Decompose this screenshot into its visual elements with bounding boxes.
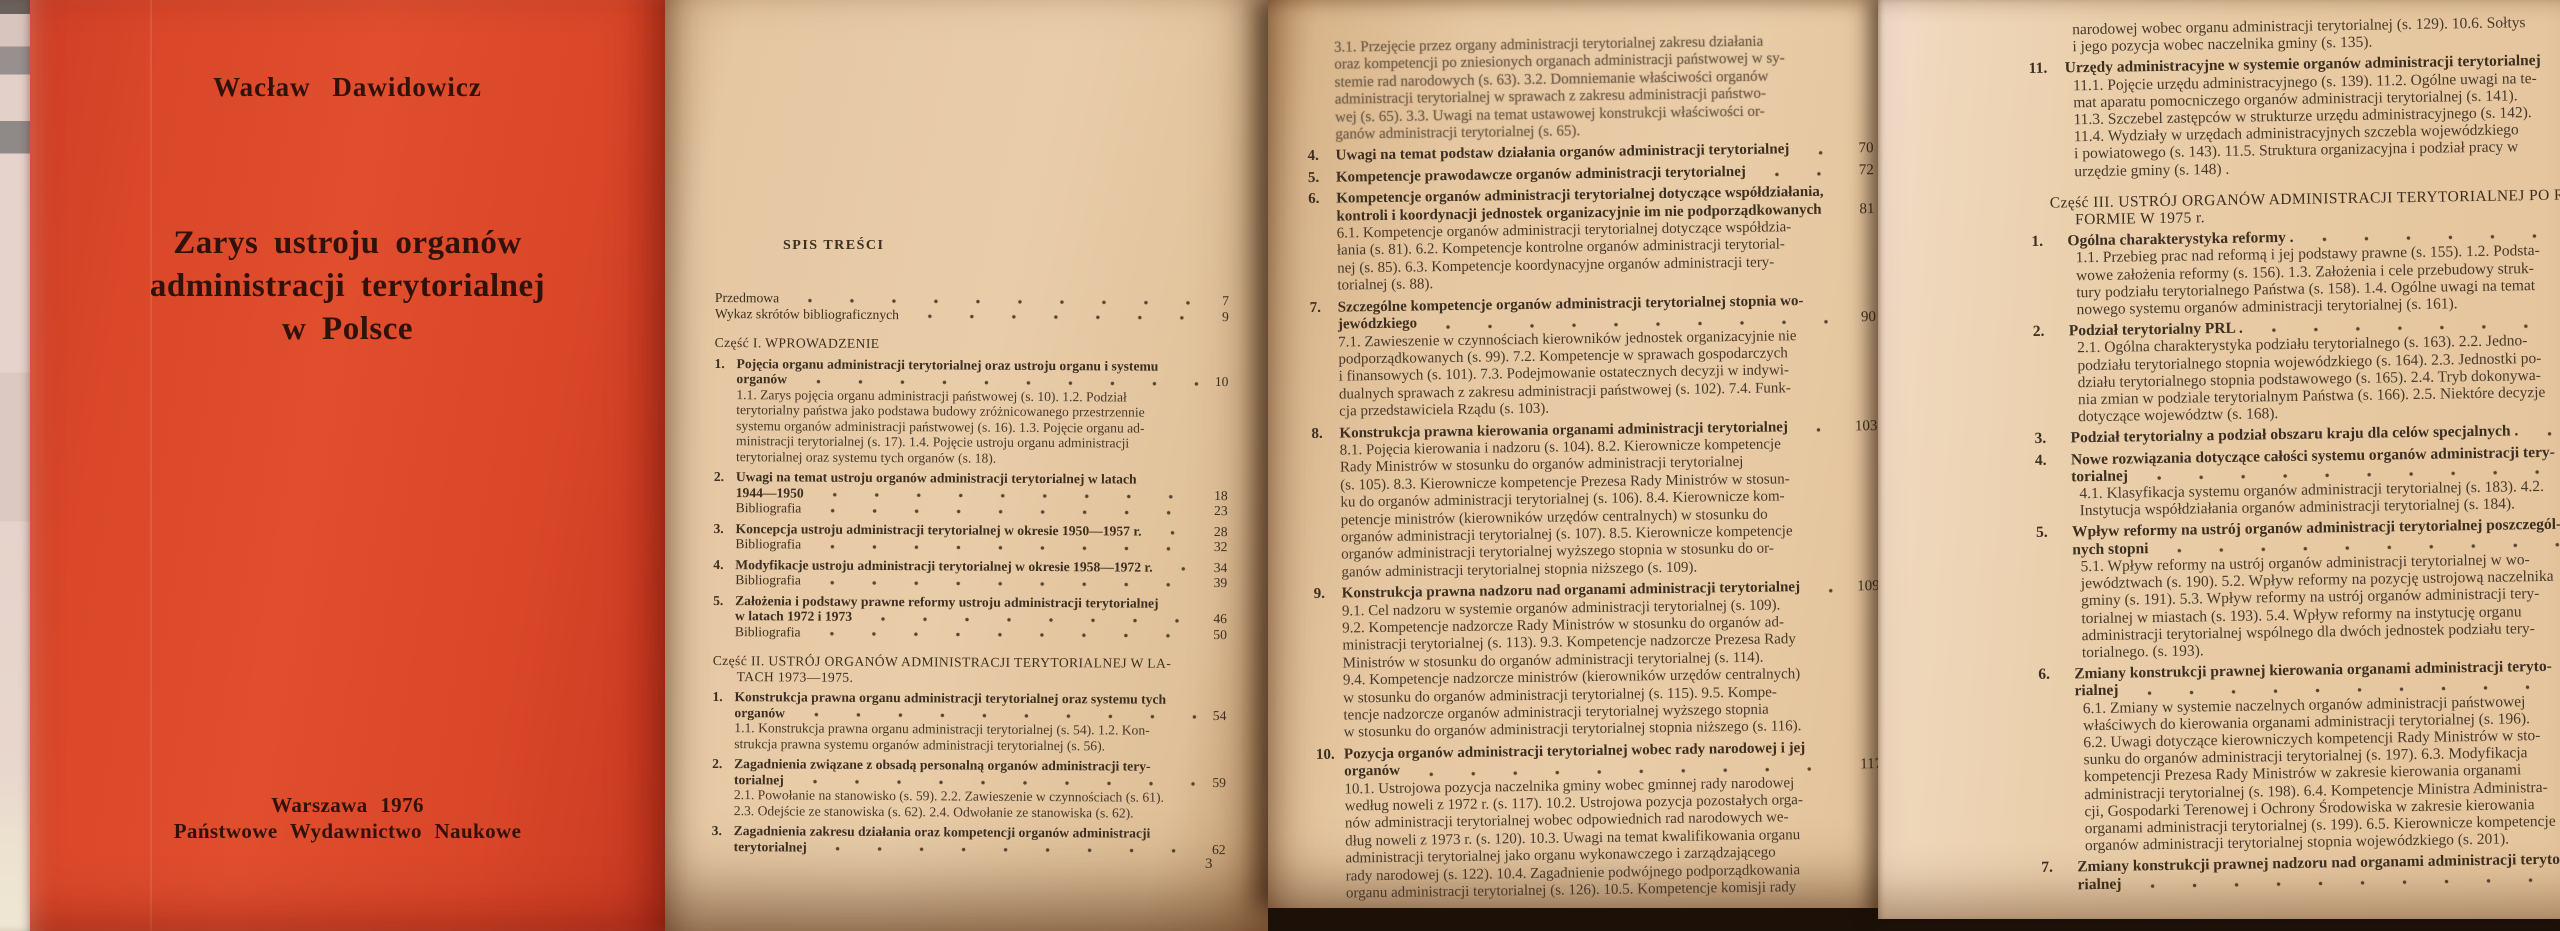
dot-leader	[1822, 204, 1841, 219]
toc-page-1: SPIS TREŚCI Przedmowa7Wykaz skrótów bibl…	[665, 0, 1268, 931]
toc-entry-text: terytorialnej oraz systemu tych organów …	[736, 449, 996, 466]
toc-entry-text: Bibliografia	[735, 624, 801, 640]
toc-page-number: 28	[1197, 523, 1227, 539]
toc-entry-text: w latach 1972 i 1973	[735, 608, 852, 624]
toc-line: 4.Uwagi na temat podstaw działania organ…	[1308, 141, 1874, 166]
toc-entry-text: Wykaz skrótów bibliograficznych	[715, 305, 899, 322]
toc-entry-number: 1.	[715, 355, 737, 371]
toc-entry-text: torialnej	[2071, 467, 2128, 485]
toc-line: terytorialnej62	[712, 838, 1226, 857]
toc-page-number: 54	[1196, 707, 1226, 723]
toc-entry-number: 5.	[713, 592, 735, 608]
cover-title-line-3: w Polsce	[30, 308, 665, 351]
toc-page-3: narodowej wobec organu administracji ter…	[1878, 0, 2560, 919]
toc-entry-number: 10.	[1316, 746, 1344, 764]
toc-entry-number: 7.	[2041, 859, 2077, 877]
book-cover: Wacław Dawidowicz Zarys ustroju organów …	[30, 0, 665, 931]
toc-entry-text: Kompetencje prawodawcze organów administ…	[1336, 164, 1746, 187]
toc-line: TACH 1973—1975.	[713, 668, 1227, 687]
book-photo: Wacław Dawidowicz Zarys ustroju organów …	[0, 0, 2560, 931]
toc-entry-number: 7.	[1310, 299, 1338, 317]
toc-entry-number: 1.	[2031, 233, 2067, 251]
toc-entry-text: i jego pozycja wobec naczelnika gminy (s…	[2072, 34, 2372, 56]
toc-entry-text: dotyczące województw (s. 168).	[2078, 405, 2278, 425]
toc-line: Bibliografia32	[713, 536, 1227, 555]
cover-imprint: Warszawa 1976 Państwowe Wydawnictwo Nauk…	[30, 792, 665, 844]
toc-entry-text: Zagadnienia związane z obsadą personalną…	[734, 756, 1151, 774]
toc-entry-text: TACH 1973—1975.	[737, 669, 854, 685]
dot-leader	[1789, 143, 1839, 159]
toc-entry-text: jewódzkiego	[1338, 316, 1417, 335]
toc-line: Część I. WPROWADZENIE	[715, 335, 1229, 354]
toc-line: 2.3. Odejście ze stanowiska (s. 62). 2.4…	[712, 802, 1226, 821]
toc-line: 1.Pojęcia organu administracji terytoria…	[715, 355, 1229, 374]
toc-entry-text: Pojęcia organu administracji terytorialn…	[737, 356, 1159, 374]
dot-leader	[801, 538, 1197, 554]
dot-leader	[1800, 581, 1846, 597]
toc-entry-text: Bibliografia	[736, 500, 802, 516]
toc-entry-text: Część I. WPROWADZENIE	[715, 335, 880, 352]
toc-entry-text: urzędzie gminy (s. 148) .	[2074, 160, 2229, 180]
dot-leader	[1746, 165, 1840, 181]
toc-entry-number: 4.	[713, 556, 735, 572]
toc-page-number: 10	[1198, 374, 1228, 390]
toc-entry-text: organów	[736, 371, 787, 387]
toc-page-number: 70	[1839, 141, 1873, 159]
toc-entry-text: Przedmowa	[715, 290, 779, 306]
dot-leader	[804, 487, 1198, 503]
book-spine-edge	[0, 0, 34, 931]
toc-entry-text: torialnej	[734, 772, 784, 788]
dot-leader	[801, 626, 1197, 642]
toc-page-number: 90	[1842, 309, 1876, 327]
dot-leader	[1141, 525, 1197, 539]
toc-line: strukcja prawna systemu organów administ…	[712, 735, 1226, 754]
toc-entry-text: Bibliografia	[735, 572, 801, 588]
toc-page-number: 103	[1843, 418, 1877, 436]
page-folio: 3	[1205, 856, 1213, 873]
toc-entry-number: 1.	[712, 689, 734, 705]
toc-entry-number: 9.	[1314, 586, 1342, 604]
toc-entry-text: torialnej (s. 88).	[1337, 277, 1433, 296]
toc-entry-number: 3.	[2034, 430, 2070, 448]
toc-heading: SPIS TREŚCI	[783, 238, 884, 254]
toc-page-number: 59	[1196, 774, 1226, 790]
toc-page-number: 109	[1846, 578, 1880, 596]
toc-entry-number: 3.	[712, 823, 734, 839]
dot-leader	[801, 502, 1197, 518]
toc-entry-text: Bibliografia	[735, 536, 801, 552]
toc-entry-number: 5.	[1308, 169, 1336, 187]
toc-entry-text: organów	[734, 705, 785, 721]
toc-page-2: 3.1. Przejęcie przez organy administracj…	[1268, 0, 1878, 908]
toc-line: 5.Kompetencje prawodawcze organów admini…	[1308, 162, 1874, 187]
dot-leader	[801, 574, 1197, 590]
toc-entry-number: 2.	[714, 469, 736, 485]
toc-page-number: 32	[1197, 539, 1227, 555]
toc-entry-number: 6.	[2038, 665, 2074, 683]
toc-entry-text: Uwagi na temat podstaw działania organów…	[1336, 142, 1790, 166]
cover-title-line-2: administracji terytorialnej	[30, 265, 665, 308]
toc-line: Wykaz skrótów bibliograficznych9	[715, 305, 1229, 324]
toc-entry-text: rialnej	[2074, 682, 2118, 700]
toc-page-number: 23	[1198, 503, 1228, 519]
toc-page-number: 7	[1199, 293, 1229, 309]
toc-page-number: 72	[1840, 162, 1874, 180]
toc-entry-text: organów	[1344, 763, 1400, 781]
toc-page-number: 62	[1196, 841, 1226, 857]
toc-entry-number: 4.	[2035, 451, 2071, 469]
toc-page-number: 34	[1197, 559, 1227, 575]
dot-leader	[1153, 561, 1198, 575]
dot-leader	[1788, 420, 1844, 436]
toc-entry-text: 2.3. Odejście ze stanowiska (s. 62). 2.4…	[734, 803, 1134, 821]
toc-entry-number: 2.	[2033, 323, 2069, 341]
toc-entry-number: 5.	[2036, 524, 2072, 542]
toc-entry-text: strukcja prawna systemu organów administ…	[734, 736, 1105, 754]
toc-page-number: 18	[1198, 487, 1228, 503]
toc-line: Bibliografia23	[714, 500, 1228, 519]
toc-page-2-body: 3.1. Przejęcie przez organy administracj…	[1306, 32, 1884, 903]
toc-page-number: 39	[1197, 575, 1227, 591]
toc-entry-text: Konstrukcja prawna organu administracji …	[734, 689, 1166, 707]
toc-line: 1.Konstrukcja prawna organu administracj…	[712, 689, 1226, 708]
toc-entry-text: rialnej	[2077, 875, 2121, 893]
toc-entry-number: 2.	[712, 756, 734, 772]
toc-page-number: 50	[1197, 626, 1227, 642]
cover-author: Wacław Dawidowicz	[30, 72, 665, 103]
toc-entry-number: 8.	[1311, 425, 1339, 443]
toc-entry-text: FORMIE W 1975 r.	[2075, 209, 2205, 228]
dot-leader	[2518, 423, 2560, 440]
toc-line: Bibliografia50	[713, 623, 1227, 642]
toc-page-number: 81	[1840, 201, 1874, 219]
toc-line: Bibliografia39	[713, 572, 1227, 591]
toc-entry-text: Podział terytorialny a podział obszaru k…	[2070, 423, 2518, 447]
toc-entry-text: ganów administracji terytorialnej stopni…	[1341, 559, 1697, 581]
dot-leader	[852, 611, 1197, 627]
cover-imprint-publisher: Państwowe Wydawnictwo Naukowe	[30, 818, 665, 844]
cover-title-line-1: Zarys ustroju organów	[30, 222, 665, 265]
cover-imprint-city-year: Warszawa 1976	[30, 792, 665, 818]
dot-leader	[899, 309, 1199, 324]
toc-entry-text: nych stopni	[2072, 540, 2149, 558]
toc-entry-text: terytorialnej	[734, 839, 807, 855]
dot-leader	[807, 841, 1196, 857]
toc-page-3-body: narodowej wobec organu administracji ter…	[2028, 13, 2560, 893]
toc-entry-text: ganów administracji terytorialnej (s. 65…	[1335, 123, 1580, 144]
toc-page-number: 9	[1199, 308, 1229, 324]
toc-page-1-body: Przedmowa7Wykaz skrótów bibliograficznyc…	[712, 290, 1229, 857]
toc-page-number: 46	[1197, 611, 1227, 627]
toc-entry-text: torialnego. (s. 193).	[2082, 642, 2204, 661]
toc-line: 2.Zagadnienia związane z obsadą personal…	[712, 756, 1226, 775]
toc-entry-number: 3.	[713, 520, 735, 536]
toc-entry-text: 1944—1950	[736, 485, 804, 501]
toc-entry-text: cja przedstawiciela Rządu (s. 103).	[1339, 401, 1549, 421]
cover-title: Zarys ustroju organów administracji tery…	[30, 222, 665, 351]
toc-line: terytorialnej oraz systemu tych organów …	[714, 448, 1228, 467]
toc-entry-number: 6.	[1308, 191, 1336, 209]
toc-entry-number: 4.	[1308, 148, 1336, 166]
toc-entry-number: 11.	[2029, 60, 2065, 78]
